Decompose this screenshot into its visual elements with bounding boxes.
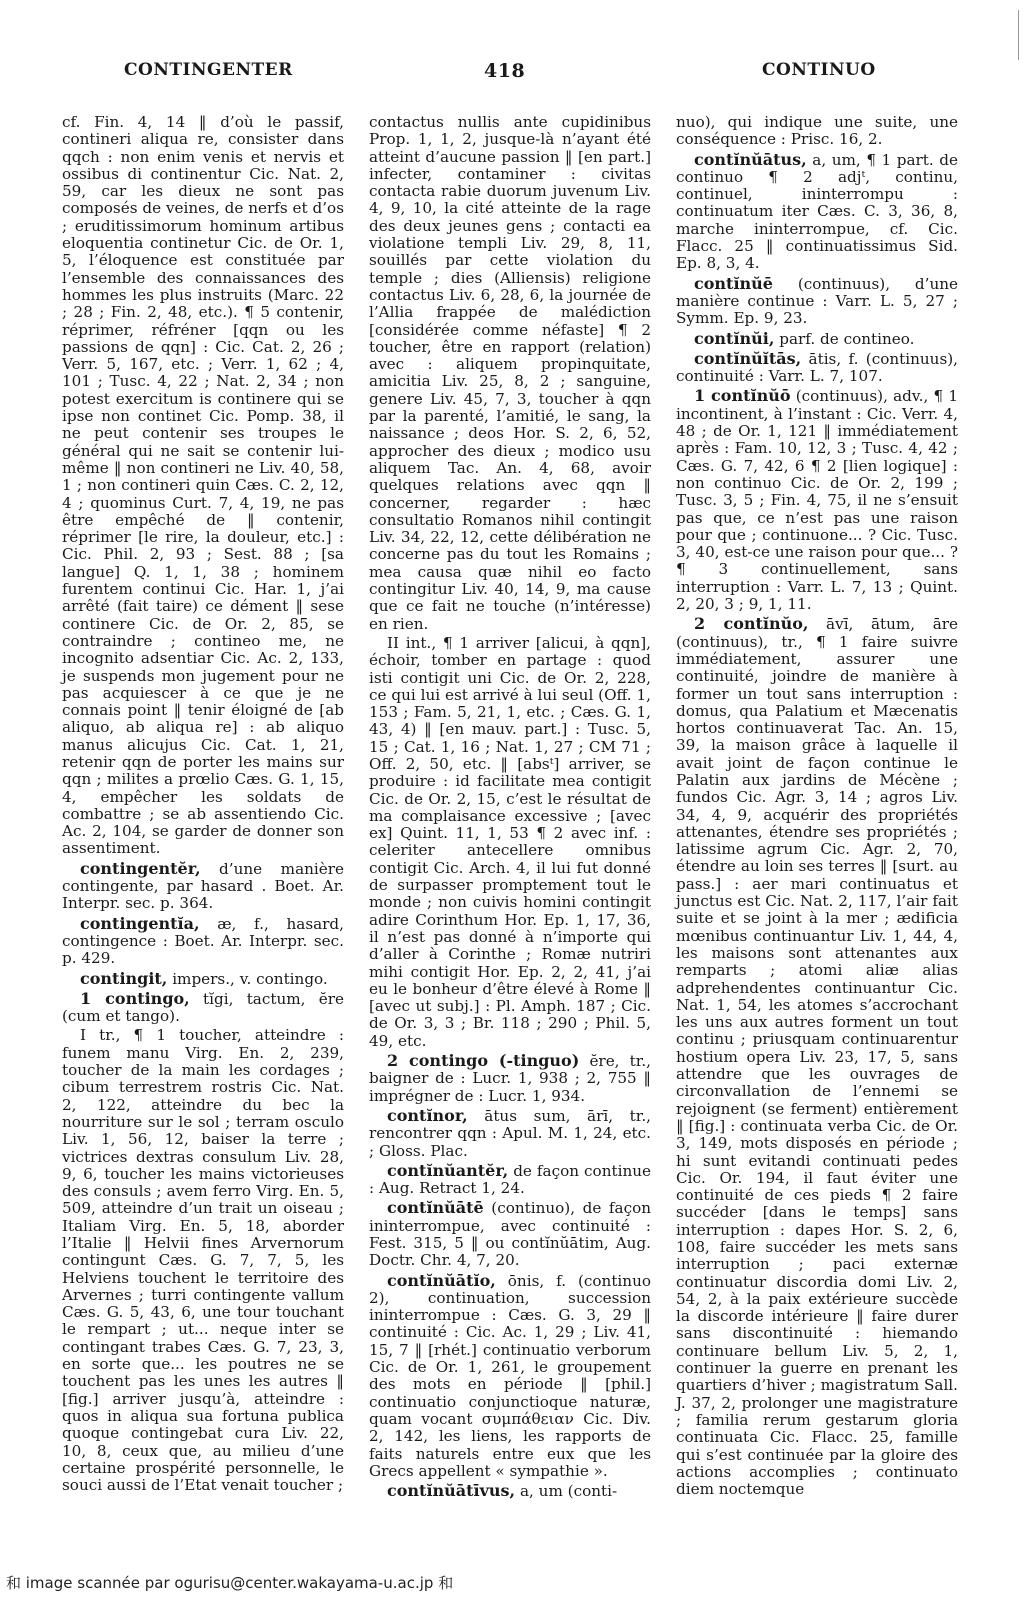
entry-definition: II int., ¶ 1 arriver [alicui, à qqn], éc… (369, 634, 651, 1050)
dictionary-entry: nuo), qui indique une suite, une conséqu… (676, 114, 958, 149)
entry-definition: a, um, ¶ 1 part. de continuo ¶ 2 adjᵗ, c… (676, 151, 958, 273)
dictionary-entry: cf. Fin. 4, 14 ‖ d’où le passif, contine… (62, 114, 344, 858)
entry-headword: contingentĭa, (80, 914, 200, 933)
page-number: 418 (484, 60, 525, 82)
running-head-left: CONTINGENTER (124, 60, 293, 80)
dictionary-entry: II int., ¶ 1 arriver [alicui, à qqn], éc… (369, 635, 651, 1050)
entry-headword: contĭnŭĭtās, (694, 349, 801, 368)
entry-definition: cf. Fin. 4, 14 ‖ d’où le passif, contine… (62, 113, 344, 857)
column-left: cf. Fin. 4, 14 ‖ d’où le passif, contine… (62, 114, 344, 1494)
binding-edge (1018, 10, 1019, 60)
dictionary-entry: contĭnŭātĭo, ōnis, f. (continuo 2), cont… (369, 1272, 651, 1481)
dictionary-entry: 2 contĭnŭo, āvī, ātum, āre (continuus), … (676, 615, 958, 1498)
dictionary-entry: contingentĭa, æ, f., hasard, contingence… (62, 915, 344, 968)
dictionary-entry: 2 contingo (-tinguo) ĕre, tr., baigner d… (369, 1052, 651, 1105)
entry-definition: (continuus), adv., ¶ 1 incontinent, à l’… (676, 387, 958, 613)
dictionary-entry: contĭnŭantĕr, de façon continue : Aug. R… (369, 1162, 651, 1198)
column-right: nuo), qui indique une suite, une conséqu… (676, 114, 958, 1498)
scan-credit: 和 image scannée par ogurisu@center.wakay… (6, 1572, 453, 1593)
dictionary-entry: contĭnor, ātus sum, ārī, tr., rencontrer… (369, 1107, 651, 1160)
entry-definition: a, um (conti- (515, 1482, 617, 1500)
column-middle: contactus nullis ante cupidinibus Prop. … (369, 114, 651, 1500)
entry-headword: contĭnŭātīvus, (387, 1481, 515, 1500)
entry-definition: contactus nullis ante cupidinibus Prop. … (369, 113, 651, 633)
entry-headword: contĭnŭātē (387, 1198, 484, 1217)
entry-headword: 2 contĭnŭo, (694, 614, 808, 633)
entry-headword: 1 contĭnŭō (694, 386, 791, 405)
dictionary-entry: contingentĕr, d’une manière contingente,… (62, 860, 344, 913)
entry-definition: nuo), qui indique une suite, une conséqu… (676, 113, 958, 148)
running-head-right: CONTINUO (762, 60, 876, 80)
dictionary-entry: contingit, impers., v. contingo. (62, 970, 344, 988)
entry-headword: contĭnŭē (694, 274, 773, 293)
dictionary-entry: contĭnŭātīvus, a, um (conti- (369, 1482, 651, 1500)
entry-headword: 1 contingo, (80, 989, 190, 1008)
entry-headword: contĭnor, (387, 1106, 468, 1125)
dictionary-entry: contĭnŭĭtās, ātis, f. (continuus), conti… (676, 350, 958, 386)
dictionary-entry: I tr., ¶ 1 toucher, atteindre : funem ma… (62, 1027, 344, 1494)
dictionary-entry: 1 contingo, tĭgi, tactum, ĕre (cum et ta… (62, 990, 344, 1026)
dictionary-entry: contĭnŭātē (continuo), de façon ininterr… (369, 1199, 651, 1269)
dictionary-entry: 1 contĭnŭō (continuus), adv., ¶ 1 incont… (676, 387, 958, 613)
entry-headword: contingentĕr, (80, 859, 201, 878)
dictionary-entry: contĭnŭātus, a, um, ¶ 1 part. de continu… (676, 151, 958, 273)
dictionary-entry: contĭnŭē (continuus), d’une manière cont… (676, 275, 958, 328)
entry-headword: contĭnŭi, (694, 329, 774, 348)
entry-headword: contĭnŭātĭo, (387, 1271, 496, 1290)
entry-definition: parf. de contineo. (774, 330, 914, 348)
entry-definition: impers., v. contingo. (167, 970, 327, 988)
entry-headword: contingit, (80, 969, 167, 988)
dictionary-entry: contactus nullis ante cupidinibus Prop. … (369, 114, 651, 633)
entry-headword: 2 contingo (-tinguo) (387, 1051, 579, 1070)
entry-definition: I tr., ¶ 1 toucher, atteindre : funem ma… (62, 1026, 344, 1494)
entry-definition: āvī, ātum, āre (continuus), tr., ¶ 1 fai… (676, 615, 958, 1498)
dictionary-page: CONTINGENTER 418 CONTINUO cf. Fin. 4, 14… (0, 0, 1024, 1560)
entry-definition: ōnis, f. (continuo 2), continuation, suc… (369, 1272, 651, 1480)
entry-headword: contĭnŭantĕr, (387, 1161, 508, 1180)
entry-headword: contĭnŭātus, (694, 150, 807, 169)
dictionary-entry: contĭnŭi, parf. de contineo. (676, 330, 958, 348)
